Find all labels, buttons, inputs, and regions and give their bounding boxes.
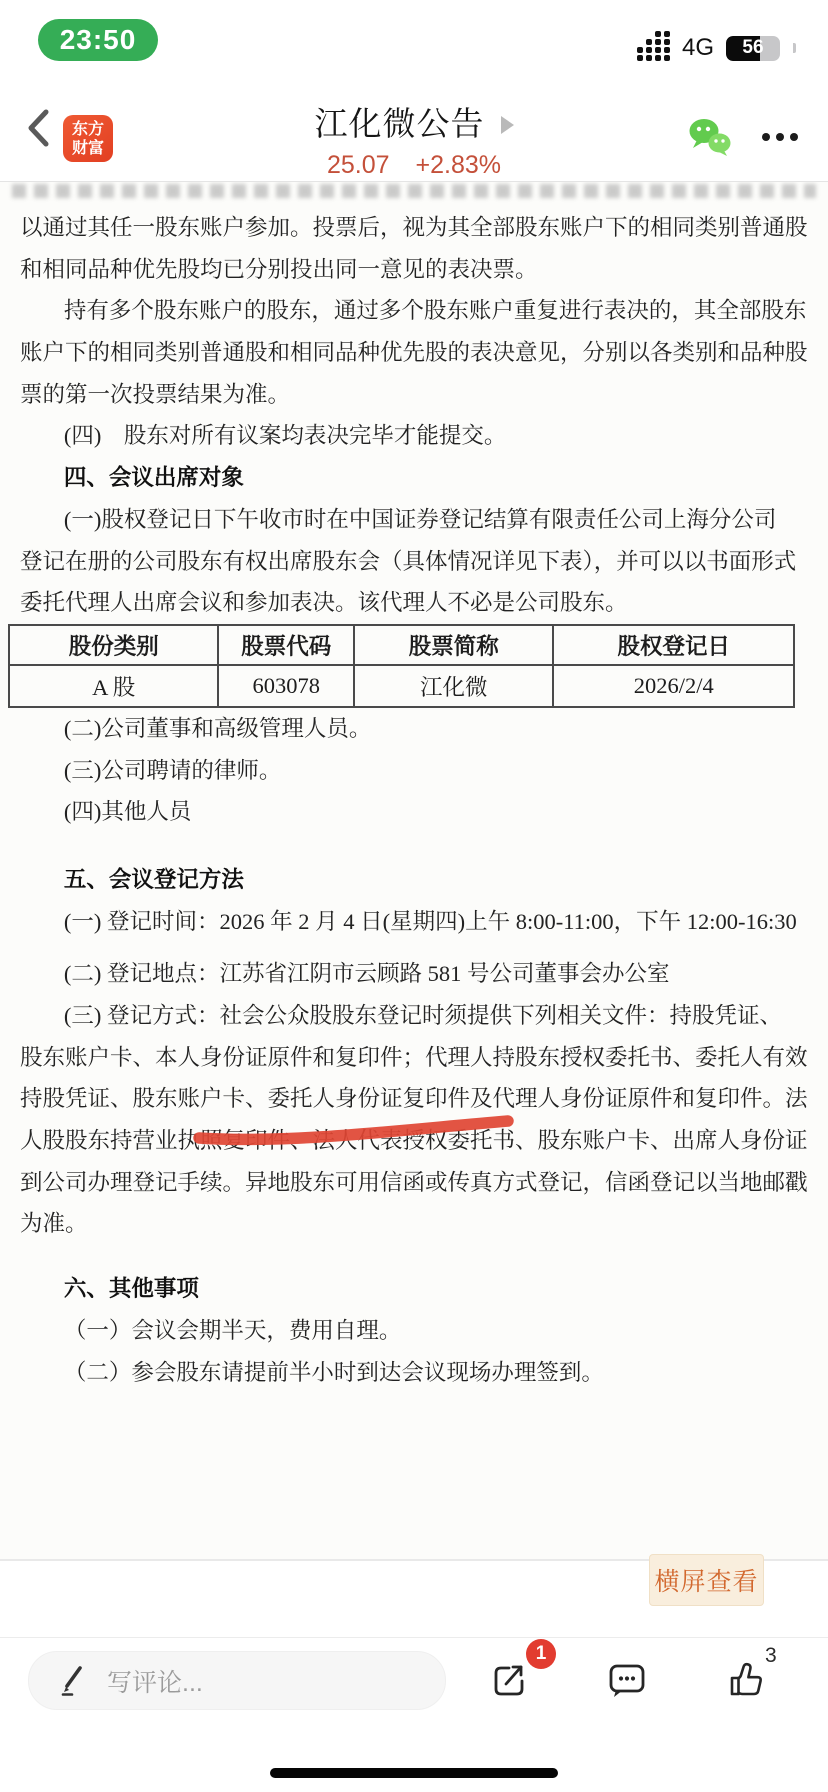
paragraphs-after-table: (二)公司董事和高级管理人员。(三)公司聘请的律师。(四)其他人员五、会议登记方… — [20, 708, 812, 1393]
document-line: (四)其他人员 — [20, 791, 812, 833]
document-line: 四、会议出席对象 — [20, 457, 812, 499]
share-button[interactable] — [490, 1660, 530, 1700]
share-badge: 1 — [526, 1639, 556, 1669]
status-bar: 23:50 4G 56 — [0, 0, 828, 84]
document-line: 到公司办理登记手续。异地股东可用信函或传真方式登记，信函登记以当地邮戳 — [20, 1162, 812, 1204]
like-button[interactable] — [727, 1660, 767, 1700]
document-line: (四) 股东对所有议案均表决完毕才能提交。 — [20, 415, 812, 457]
document-line: 持股凭证、股东账户卡、委托人身份证复印件及代理人身份证原件和复印件。法 — [20, 1078, 812, 1120]
table-header-row: 股份类别 股票代码 股票简称 股权登记日 — [9, 625, 794, 665]
announcement-document[interactable]: 以通过其任一股东账户参加。投票后，视为其全部股东账户下的相同类别普通股和相同品种… — [0, 181, 828, 1559]
document-body: 以通过其任一股东账户参加。投票后，视为其全部股东账户下的相同类别普通股和相同品种… — [0, 181, 828, 1393]
table-cell-record-date: 2026/2/4 — [553, 665, 794, 707]
battery-icon: 56 — [726, 36, 780, 61]
document-line: 账户下的相同类别普通股和相同品种优先股的表决意见，分别以各类别和品种股 — [20, 332, 812, 374]
document-line: (三) 登记方式：社会公众股股东登记时须提供下列相关文件：持股凭证、 — [20, 995, 812, 1037]
more-options-button[interactable] — [762, 118, 798, 156]
document-line: 人股股东持营业执照复印件、法人代表授权委托书、股东账户卡、出席人身份证 — [20, 1120, 812, 1162]
table-cell-stock-name: 江化微 — [354, 665, 553, 707]
document-line: （一）会议会期半天，费用自理。 — [20, 1310, 812, 1352]
table-header-cell: 股份类别 — [9, 625, 218, 665]
battery-cap — [793, 43, 796, 53]
document-line: (一)股权登记日下午收市时在中国证券登记结算有限责任公司上海分公司 — [20, 499, 812, 541]
header-bar: 东方 财富 江化微公告 25.07 +2.83% — [0, 84, 828, 182]
battery-percent-label: 56 — [726, 36, 780, 61]
paragraphs-before-table: 以通过其任一股东账户参加。投票后，视为其全部股东账户下的相同类别普通股和相同品种… — [20, 207, 812, 624]
document-line: (二)公司董事和高级管理人员。 — [20, 708, 812, 750]
status-time-pill[interactable]: 23:50 — [38, 19, 158, 61]
pencil-icon — [59, 1665, 87, 1697]
document-line: （二）参会股东请提前半小时到达会议现场办理签到。 — [20, 1352, 812, 1394]
document-line: (三)公司聘请的律师。 — [20, 750, 812, 792]
document-line: 登记在册的公司股东有权出席股东会（具体情况详见下表），并可以以书面形式 — [20, 541, 812, 583]
document-line: 票的第一次投票结果为准。 — [20, 374, 812, 416]
play-audio-icon[interactable] — [501, 116, 514, 134]
share-registration-table: 股份类别 股票代码 股票简称 股权登记日 A 股 603078 江化微 2026… — [8, 624, 795, 708]
wechat-share-button[interactable] — [688, 118, 732, 156]
document-line: 和相同品种优先股均已分别投出同一意见的表决票。 — [20, 249, 812, 291]
comment-placeholder: 写评论... — [107, 1663, 203, 1699]
phone-screen: 23:50 4G 56 东方 财富 — [0, 0, 828, 1792]
table-data-row: A 股 603078 江化微 2026/2/4 — [9, 665, 794, 707]
table-header-cell: 股票简称 — [354, 625, 553, 665]
like-count: 3 — [765, 1644, 777, 1668]
document-line: 持有多个股东账户的股东，通过多个股东账户重复进行表决的，其全部股东 — [20, 290, 812, 332]
header-actions — [688, 118, 798, 156]
table-header-cell: 股票代码 — [218, 625, 354, 665]
landscape-view-button[interactable]: 横屏查看 — [649, 1554, 764, 1606]
home-indicator[interactable] — [270, 1768, 558, 1778]
comment-input[interactable]: 写评论... — [28, 1651, 446, 1710]
document-line: 股东账户卡、本人身份证原件和复印件；代理人持股东授权委托书、委托人有效 — [20, 1037, 812, 1079]
document-line: 以通过其任一股东账户参加。投票后，视为其全部股东账户下的相同类别普通股 — [20, 207, 812, 249]
document-line: (二) 登记地点：江苏省江阴市云顾路 581 号公司董事会办公室 — [20, 953, 812, 995]
document-line: 委托代理人出席会议和参加表决。该代理人不必是公司股东。 — [20, 582, 812, 624]
table-header-cell: 股权登记日 — [553, 625, 794, 665]
table-cell-stock-code: 603078 — [218, 665, 354, 707]
network-type-label: 4G — [682, 34, 714, 62]
status-right-cluster: 4G 56 — [637, 34, 796, 62]
table-cell-share-class: A 股 — [9, 665, 218, 707]
stock-price: 25.07 — [327, 151, 390, 180]
comments-button[interactable] — [607, 1660, 647, 1700]
page-title: 江化微公告 — [315, 98, 485, 145]
document-line: (一) 登记时间：2026 年 2 月 4 日(星期四)上午 8:00-11:0… — [20, 901, 812, 943]
document-line: 六、其他事项 — [20, 1268, 812, 1310]
document-line: 为准。 — [20, 1203, 812, 1245]
document-line: 五、会议登记方法 — [20, 859, 812, 901]
stock-change: +2.83% — [416, 151, 502, 180]
signal-strength-icon — [637, 35, 670, 61]
